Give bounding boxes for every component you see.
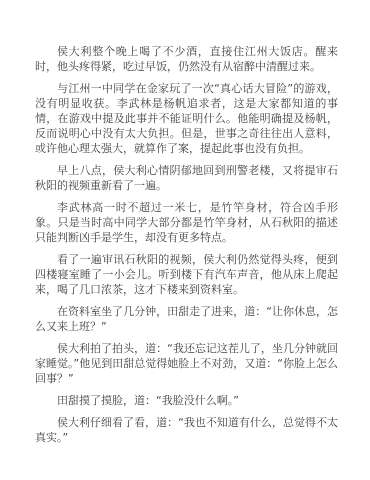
paragraph: 侯大利整个晚上喝了不少酒，直接住江州大饭店。醒来时，他头疼得紧，吃过早饭，仍然没… <box>35 44 338 74</box>
paragraph: 侯大利仔细看了看，道：“我也不知道有什么，总觉得不太真实。” <box>35 415 338 445</box>
paragraph: 侯大利拍了拍头，道：“我还忘记这茬儿了，坐几分钟就回家睡觉。”他见到田甜总觉得她… <box>35 341 338 386</box>
paragraph: 李武林高一时不超过一米七，是竹竿身材，符合凶手形象。只是当时高中同学大部分都是竹… <box>35 200 338 245</box>
reader-page: 侯大利整个晚上喝了不少酒，直接住江州大饭店。醒来时，他头疼得紧，吃过早饭，仍然没… <box>0 0 370 480</box>
paragraph: 在资料室坐了几分钟，田甜走了进来，道：“让你休息，怎么又来上班？” <box>35 304 338 334</box>
paragraph: 早上八点，侯大利心情阴郁地回到刑警老楼，又将提审石秋阳的视频重新看了一遍。 <box>35 163 338 193</box>
novel-text-block: 侯大利整个晚上喝了不少酒，直接住江州大饭店。醒来时，他头疼得紧，吃过早饭，仍然没… <box>35 44 338 452</box>
paragraph: 与江州一中同学在金家玩了一次“真心话大冒险”的游戏，没有明显收获。李武林是杨帆追… <box>35 81 338 156</box>
paragraph: 看了一遍审讯石秋阳的视频，侯大利仍然觉得头疼，便到四楼寝室睡了一小会儿。听到楼下… <box>35 252 338 297</box>
paragraph: 田甜摸了摸脸，道：“我脸没什么啊。” <box>35 393 338 408</box>
